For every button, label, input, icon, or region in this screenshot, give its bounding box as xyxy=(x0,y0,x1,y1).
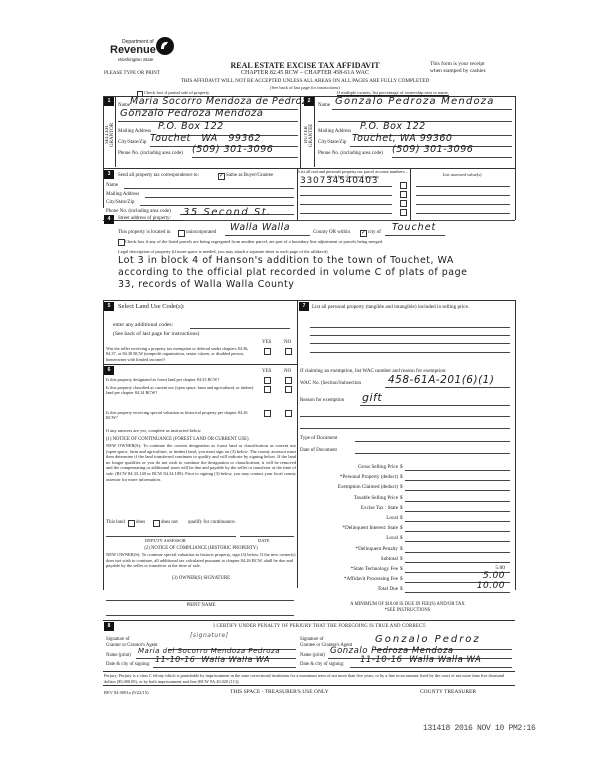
grantor-date-field[interactable]: 11-10-16 Walla Walla WA xyxy=(155,655,270,664)
dept-brand: Revenue xyxy=(110,44,156,56)
deputy-assessor-line[interactable] xyxy=(106,536,236,537)
section-7-badge: 7 xyxy=(299,302,309,311)
rev-number: REV 84 0001a (9/22/15) xyxy=(104,690,149,695)
fee-label: Taxable Selling Price xyxy=(300,495,398,501)
grantor-signature[interactable]: [signature] xyxy=(190,632,229,639)
currency-symbol: $ xyxy=(400,566,403,572)
buyer-city-field[interactable]: Touchet, WA 99360 xyxy=(352,133,452,144)
multiple-owners-note: If multiple owners, list percentage of o… xyxy=(337,90,449,95)
fee-label: Subtotal xyxy=(300,556,398,562)
date-label: DATE xyxy=(258,538,270,543)
deputy-assessor-label: DEPUTY ASSESSOR xyxy=(145,538,186,543)
grantee-date-field[interactable]: 11-10-16 Walla Walla WA xyxy=(360,655,481,665)
date-doc-field[interactable] xyxy=(355,453,510,454)
type-doc-label: Type of Document xyxy=(300,436,337,441)
buyer-phone-label: Phone No. (including area code) xyxy=(318,151,383,156)
personal-property-label: List all personal property (tangible and… xyxy=(312,303,507,311)
fee-label: Excise Tax : State xyxy=(300,505,398,511)
treasurer-use: THIS SPACE - TREASURER'S USE ONLY xyxy=(230,689,329,695)
type-doc-field[interactable] xyxy=(355,441,510,442)
land-use-title: Select Land Use Code(s): xyxy=(118,303,185,310)
fee-label: Total Due xyxy=(300,586,398,592)
fee-label: Gross Selling Price xyxy=(300,464,398,470)
corr-city-field[interactable] xyxy=(140,205,294,206)
fee-value-field[interactable]: 5.00 xyxy=(405,571,505,581)
seller-phone-field[interactable]: (509) 301-3096 xyxy=(192,144,273,155)
seller-city-field[interactable]: Touchet WA 99362 xyxy=(150,133,261,144)
grantor-sig-label1: Signature of xyxy=(106,637,130,642)
assessed-value-field[interactable] xyxy=(416,186,510,187)
form-chapter: CHAPTER 82.45 RCW – CHAPTER 458-61A WAC xyxy=(180,70,430,76)
buyer-mailing-field[interactable]: P.O. Box 122 xyxy=(360,121,426,132)
currency-symbol: $ xyxy=(400,546,403,552)
currency-symbol: $ xyxy=(400,515,403,521)
dept-state: Washington State xyxy=(118,57,153,62)
unincorporated-checkbox[interactable] xyxy=(178,230,185,237)
please-type: PLEASE TYPE OR PRINT xyxy=(104,71,160,76)
owner-signature-line[interactable] xyxy=(106,600,294,601)
city-of-label: city of xyxy=(368,230,381,235)
wac-field[interactable]: 458-61A-201(6)(1) xyxy=(388,374,494,386)
exemption-no-checkbox[interactable] xyxy=(285,348,292,355)
current-use-no-checkbox[interactable] xyxy=(285,386,292,393)
does-not-checkbox[interactable] xyxy=(153,520,160,527)
legal-description-line[interactable]: 33, records of Walla Walla County xyxy=(118,279,294,290)
segregated-label: Check box if any of the listed parcels a… xyxy=(125,239,383,244)
currency-symbol: $ xyxy=(400,484,403,490)
no-header: NO xyxy=(284,340,291,345)
city-field[interactable]: Touchet xyxy=(392,222,436,233)
print-name-label: PRINT NAME xyxy=(106,603,296,608)
yes-header-6: YES xyxy=(262,369,271,374)
fee-label: Local xyxy=(300,515,398,521)
section-2-badge: 2 xyxy=(304,97,314,106)
grantee-sig-label1: Signature of xyxy=(300,637,324,642)
fee-value-field[interactable]: 10.00 xyxy=(405,581,505,591)
parcel-number-field[interactable]: 330734540403 xyxy=(300,176,378,186)
historic-yes-checkbox[interactable] xyxy=(264,410,271,417)
forest-no-checkbox[interactable] xyxy=(285,377,292,384)
street-label: Street address of property: xyxy=(118,216,171,221)
cashier-stamp: 131418 2016 NOV 10 PM2:16 xyxy=(423,724,536,733)
grantor-name-field[interactable]: Maria del Socorro Mendoza Pedroza xyxy=(138,647,280,655)
current-use-question: Is this property classified as current u… xyxy=(106,385,256,396)
notice1-title: (1) NOTICE OF CONTINUANCE (FOREST LAND O… xyxy=(106,437,249,442)
corr-name-field[interactable] xyxy=(124,188,294,189)
personal-property-checkbox[interactable] xyxy=(400,191,407,198)
currency-symbol: $ xyxy=(400,464,403,470)
buyer-name-field[interactable]: Gonzalo Pedroza Mendoza xyxy=(335,96,495,107)
fee-label: *Delinquent Penalty xyxy=(300,546,398,552)
wac-label: WAC No. (Section/Subsection xyxy=(300,381,361,386)
corr-name-label: Name xyxy=(106,183,118,188)
land-use-select[interactable] xyxy=(195,302,290,310)
date-doc-label: Date of Document xyxy=(300,448,337,453)
segregated-checkbox[interactable] xyxy=(118,239,125,246)
fee-label: *State Technology Fee xyxy=(300,566,398,572)
grantee-name-label: Name (print) xyxy=(300,653,325,658)
buyer-mailing-label: Mailing Address xyxy=(318,129,351,134)
current-use-yes-checkbox[interactable] xyxy=(264,386,271,393)
section-3-badge: 3 xyxy=(104,170,114,179)
buyer-name-label: Name xyxy=(318,103,330,108)
currency-symbol: $ xyxy=(400,556,403,562)
currency-symbol: $ xyxy=(400,495,403,501)
dor-swirl-icon xyxy=(155,36,175,56)
see-instructions: *SEE INSTRUCTIONS xyxy=(300,608,515,613)
additional-codes-label: enter any additional codes: xyxy=(113,322,173,328)
certify-text: I CERTIFY UNDER PENALTY OF PERJURY THAT … xyxy=(170,624,470,629)
legal-description-line[interactable]: according to the official plat recorded … xyxy=(118,267,468,278)
seller-name-field[interactable]: Maria Socorro Mendoza de Pedroza xyxy=(130,96,314,107)
section-1-badge: 1 xyxy=(104,97,114,106)
assessed-value-field[interactable] xyxy=(416,213,510,214)
fee-label: Local xyxy=(300,535,398,541)
section-5-badge: 5 xyxy=(104,302,114,311)
seller-side-label: SELLER GRANTOR xyxy=(105,115,115,155)
qualify-label: qualify for continuance. xyxy=(188,520,236,525)
fee-label: *Personal Property (deduct) xyxy=(300,474,398,480)
notice2-title: (2) NOTICE OF COMPLIANCE (HISTORIC PROPE… xyxy=(106,546,296,551)
seller-mailing-field[interactable]: P.O. Box 122 xyxy=(158,121,224,132)
historic-no-checkbox[interactable] xyxy=(285,410,292,417)
notice2-body: NEW OWNER(S): To continue special valuat… xyxy=(106,552,296,569)
section-6-badge: 6 xyxy=(104,366,114,375)
correspondence-label: Send all property tax correspondence to: xyxy=(118,173,199,178)
partial-sale-label: Check box if partial sale of property xyxy=(144,90,209,95)
currency-symbol: $ xyxy=(400,525,403,531)
corr-city-label: City/State/Zip xyxy=(106,200,134,205)
no-header-6: NO xyxy=(284,369,291,374)
minimum-note: A MINIMUM OF $10.00 IS DUE IN FEE(S) AND… xyxy=(300,602,515,607)
currency-symbol: $ xyxy=(400,586,403,592)
form-warning: THIS AFFIDAVIT WILL NOT BE ACCEPTED UNLE… xyxy=(120,78,490,84)
same-as-buyer-label: Same as Buyer/Grantee xyxy=(226,173,273,178)
street-field[interactable]: 35 Second St. xyxy=(183,207,272,218)
dor-logo: Department of Revenue Washington State xyxy=(110,38,180,68)
forest-yes-checkbox[interactable] xyxy=(264,377,271,384)
reason-field[interactable]: gift xyxy=(362,391,382,404)
fee-label: *Affidavit Processing Fee xyxy=(300,576,398,582)
exemption-question: Was the seller receiving a property tax … xyxy=(106,346,256,362)
currency-symbol: $ xyxy=(400,576,403,582)
assessed-header: List assessed value(s) xyxy=(412,172,512,177)
legal-description-label: Legal description of property (if more s… xyxy=(118,249,327,254)
currency-symbol: $ xyxy=(400,505,403,511)
fee-label: *Delinquent Interest: State xyxy=(300,525,398,531)
section-4-badge: 4 xyxy=(104,215,114,224)
receipt-line2: when stamped by cashier. xyxy=(430,68,487,74)
print-name-line[interactable] xyxy=(106,615,294,616)
buyer-phone-field[interactable]: (509) 301-3096 xyxy=(392,144,473,155)
city-of-checkbox[interactable]: ✓ xyxy=(360,230,367,237)
county-field[interactable]: Walla Walla xyxy=(230,222,290,233)
currency-symbol: $ xyxy=(400,474,403,480)
does-label: does xyxy=(136,520,145,525)
corr-phone-label: Phone No. (including area code) xyxy=(106,209,171,214)
assessor-date-line[interactable] xyxy=(240,536,294,537)
corr-mailing-field[interactable] xyxy=(145,197,294,198)
exemption-yes-checkbox[interactable] xyxy=(264,348,271,355)
personal-property-checkbox[interactable] xyxy=(400,200,407,207)
county-treasurer: COUNTY TREASURER xyxy=(420,689,476,695)
forest-question: Is this property designated as forest la… xyxy=(106,377,261,382)
corr-mailing-label: Mailing Address xyxy=(106,192,139,197)
owner-signature-label: (3) OWNER(S) SIGNATURE xyxy=(106,576,296,581)
historic-question: Is this property receiving special valua… xyxy=(106,410,256,421)
seller-mailing-label: Mailing Address xyxy=(118,129,151,134)
same-as-buyer-checkbox[interactable]: ✓ xyxy=(218,173,225,180)
seller-city-label: City/State/Zip xyxy=(118,140,146,145)
section-8-badge: 8 xyxy=(104,622,114,631)
seller-name2-field[interactable]: Gonzalo Pedroza Mendoza xyxy=(120,108,263,119)
additional-codes-field[interactable] xyxy=(190,328,290,329)
does-checkbox[interactable] xyxy=(128,520,135,527)
located-label: This property is located in xyxy=(118,230,171,235)
grantor-name-label: Name (print) xyxy=(106,653,131,658)
land-use-see-back: (See back of last page for instructions) xyxy=(113,331,199,337)
grantor-date-label: Date & city of signing: xyxy=(106,662,150,667)
personal-property-checkbox[interactable] xyxy=(400,182,407,189)
buyer-side-label: BUYER GRANTEE xyxy=(304,115,314,155)
notice1-body: NEW OWNER(S): To continue the current de… xyxy=(106,443,296,482)
does-not-label: does not xyxy=(161,520,178,525)
perjury-note: Perjury: Perjury is a class C felony whi… xyxy=(104,673,514,684)
grantee-signature[interactable]: Gonzalo Pedroz xyxy=(375,634,481,645)
currency-symbol: $ xyxy=(400,535,403,541)
unincorporated-label: unincorporated xyxy=(186,230,216,235)
assessed-value-field[interactable] xyxy=(416,195,510,196)
seller-phone-label: Phone No. (including area code) xyxy=(118,151,183,156)
yes-header: YES xyxy=(262,340,271,345)
receipt-line1: This form is your receipt xyxy=(430,61,485,67)
this-land-label: This land xyxy=(106,520,125,525)
grantee-date-label: Date & city of signing: xyxy=(300,662,344,667)
personal-property-checkbox[interactable] xyxy=(400,209,407,216)
buyer-city-label: City/State/Zip xyxy=(318,140,346,145)
assessed-value-field[interactable] xyxy=(416,204,510,205)
form-title: REAL ESTATE EXCISE TAX AFFIDAVIT xyxy=(180,61,430,70)
fee-label: Exemption Claimed (deduct) xyxy=(300,484,398,490)
reason-label: Reason for exemption xyxy=(300,398,344,403)
fee-value-field[interactable]: 5.00 xyxy=(405,565,505,571)
county-or-label: County OR within xyxy=(313,230,350,235)
legal-description-line[interactable]: Lot 3 in block 4 of Hanson's addition to… xyxy=(118,255,454,266)
if-yes-note: If any answers are yes, complete as inst… xyxy=(106,428,201,433)
